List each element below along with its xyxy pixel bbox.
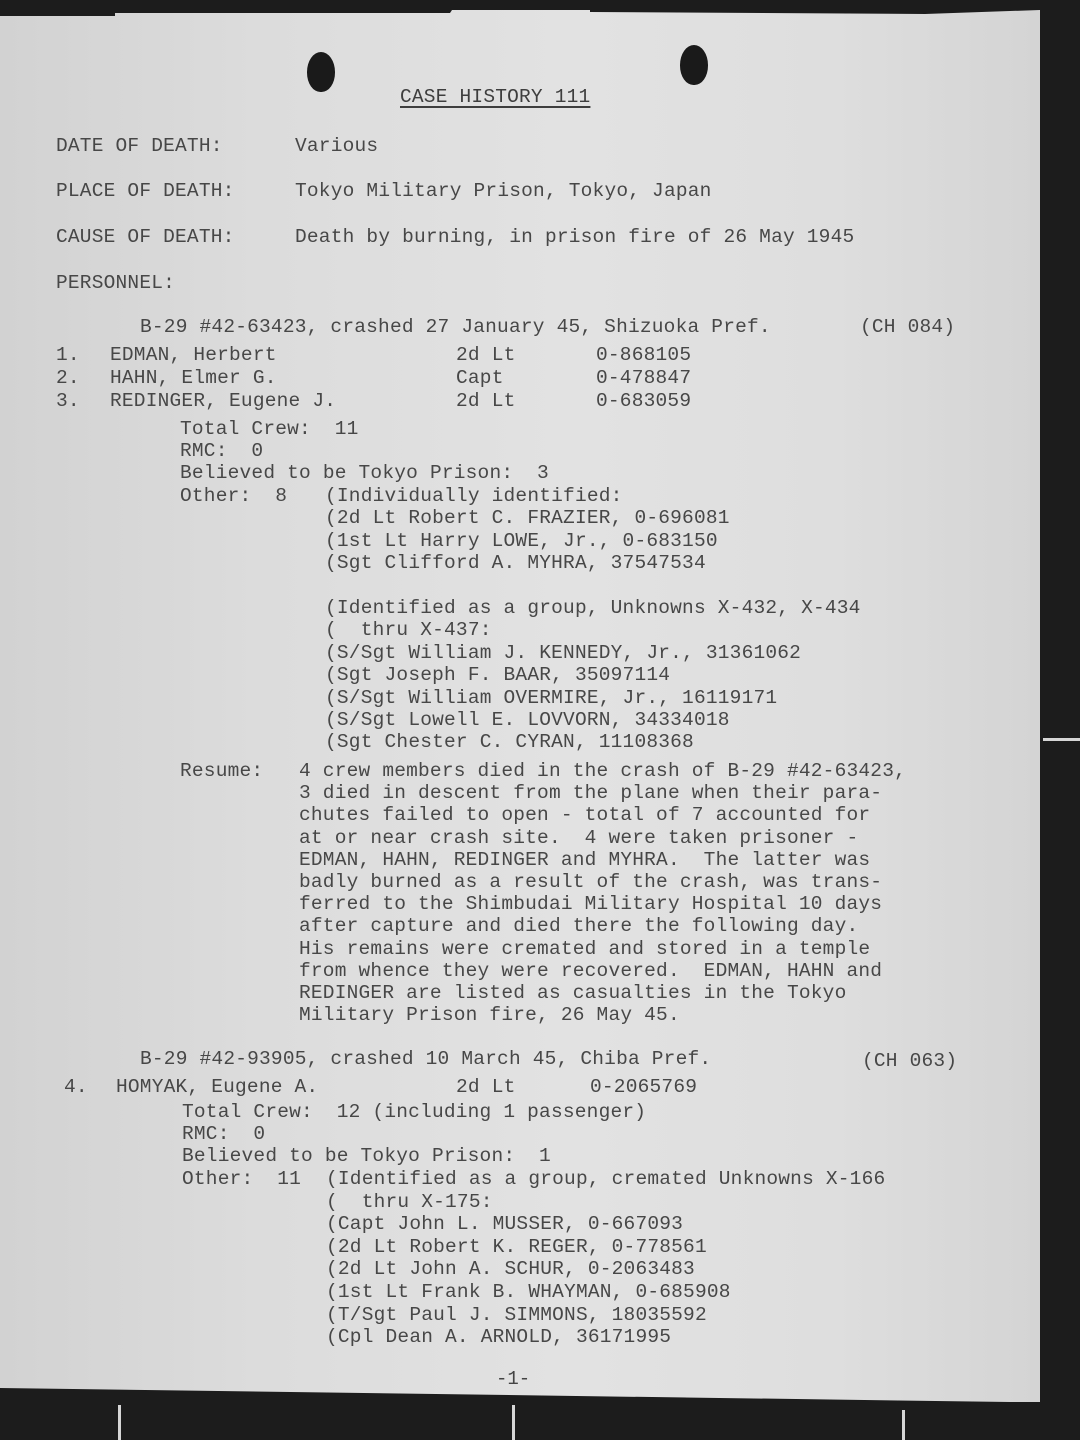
resume-label: Resume: <box>180 760 263 782</box>
rmc-count: RMC: 0 <box>182 1123 265 1145</box>
page-title: CASE HISTORY 111 <box>400 86 590 108</box>
resume-line: from whence they were recovered. EDMAN, … <box>299 960 882 982</box>
other-crew-line: ( thru X-175: <box>326 1191 493 1213</box>
resume-line: REDINGER are listed as casualties in the… <box>299 982 847 1004</box>
personnel-serial: 0-478847 <box>596 367 691 389</box>
background-divider <box>118 1405 121 1440</box>
aircraft-heading: B-29 #42-63423, crashed 27 January 45, S… <box>140 316 771 338</box>
believed-tokyo-prison: Believed to be Tokyo Prison: 1 <box>182 1145 551 1167</box>
other-crew-line: (S/Sgt William J. KENNEDY, Jr., 31361062 <box>325 642 801 664</box>
other-crew-line: (Identified as a group, cremated Unknown… <box>326 1168 885 1190</box>
other-crew-line: (Sgt Joseph F. BAAR, 35097114 <box>325 664 670 686</box>
place-of-death-label: PLACE OF DEATH: <box>56 180 235 202</box>
believed-tokyo-prison: Believed to be Tokyo Prison: 3 <box>180 462 549 484</box>
resume-line: at or near crash site. 4 were taken pris… <box>299 827 858 849</box>
personnel-name: HOMYAK, Eugene A. <box>116 1076 318 1098</box>
resume-line: chutes failed to open - total of 7 accou… <box>299 804 870 826</box>
other-crew-line: (1st Lt Frank B. WHAYMAN, 0-685908 <box>326 1281 731 1303</box>
cause-of-death-label: CAUSE OF DEATH: <box>56 226 235 248</box>
other-crew-line: (T/Sgt Paul J. SIMMONS, 18035592 <box>326 1304 707 1326</box>
case-reference: (CH 063) <box>862 1050 957 1072</box>
personnel-name: REDINGER, Eugene J. <box>110 390 336 412</box>
place-of-death-value: Tokyo Military Prison, Tokyo, Japan <box>295 180 712 202</box>
other-crew-line: (Identified as a group, Unknowns X-432, … <box>325 597 861 619</box>
background-divider <box>512 1405 515 1440</box>
punch-hole <box>307 52 335 92</box>
aircraft-heading: B-29 #42-93905, crashed 10 March 45, Chi… <box>140 1048 711 1070</box>
personnel-number: 3. <box>56 390 80 412</box>
other-crew-line: (Individually identified: <box>325 485 623 507</box>
resume-line: after capture and died there the followi… <box>299 915 858 937</box>
personnel-rank: 2d Lt <box>456 344 516 366</box>
resume-line: His remains were cremated and stored in … <box>299 938 870 960</box>
resume-line: 3 died in descent from the plane when th… <box>299 782 882 804</box>
background-divider <box>902 1410 905 1440</box>
other-crew-line: (1st Lt Harry LOWE, Jr., 0-683150 <box>325 530 718 552</box>
resume-line: ferred to the Shimbudai Military Hospita… <box>299 893 882 915</box>
personnel-name: EDMAN, Herbert <box>110 344 277 366</box>
rmc-count: RMC: 0 <box>180 440 263 462</box>
personnel-rank: 2d Lt <box>456 1076 516 1098</box>
case-reference: (CH 084) <box>860 316 955 338</box>
background-divider <box>1043 738 1080 741</box>
date-of-death-label: DATE OF DEATH: <box>56 135 223 157</box>
page-number: -1- <box>496 1368 530 1390</box>
personnel-number: 1. <box>56 344 80 366</box>
other-crew-line: (Capt John L. MUSSER, 0-667093 <box>326 1213 683 1235</box>
other-crew-line: (2d Lt Robert C. FRAZIER, 0-696081 <box>325 507 730 529</box>
personnel-name: HAHN, Elmer G. <box>110 367 277 389</box>
resume-line: EDMAN, HAHN, REDINGER and MYHRA. The lat… <box>299 849 870 871</box>
cause-of-death-value: Death by burning, in prison fire of 26 M… <box>295 226 854 248</box>
resume-line: Military Prison fire, 26 May 45. <box>299 1004 680 1026</box>
other-count: Other: 11 <box>182 1168 301 1190</box>
other-crew-line: (2d Lt John A. SCHUR, 0-2063483 <box>326 1258 695 1280</box>
other-crew-line: (S/Sgt William OVERMIRE, Jr., 16119171 <box>325 687 777 709</box>
personnel-serial: 0-2065769 <box>590 1076 697 1098</box>
personnel-serial: 0-683059 <box>596 390 691 412</box>
personnel-number: 2. <box>56 367 80 389</box>
date-of-death-value: Various <box>295 135 378 157</box>
personnel-rank: Capt <box>456 367 504 389</box>
personnel-serial: 0-868105 <box>596 344 691 366</box>
punch-hole <box>680 45 708 85</box>
resume-line: 4 crew members died in the crash of B-29… <box>299 760 906 782</box>
resume-line: badly burned as a result of the crash, w… <box>299 871 882 893</box>
other-crew-line: (2d Lt Robert K. REGER, 0-778561 <box>326 1236 707 1258</box>
other-count: Other: 8 <box>180 485 287 507</box>
other-crew-line: (Cpl Dean A. ARNOLD, 36171995 <box>326 1326 671 1348</box>
other-crew-line: (Sgt Clifford A. MYHRA, 37547534 <box>325 552 706 574</box>
total-crew: Total Crew: 12 (including 1 passenger) <box>182 1101 646 1123</box>
personnel-rank: 2d Lt <box>456 390 516 412</box>
total-crew: Total Crew: 11 <box>180 418 359 440</box>
personnel-label: PERSONNEL: <box>56 272 175 294</box>
other-crew-line: (Sgt Chester C. CYRAN, 11108368 <box>325 731 694 753</box>
other-crew-line: (S/Sgt Lowell E. LOVVORN, 34334018 <box>325 709 730 731</box>
other-crew-line: ( thru X-437: <box>325 619 492 641</box>
personnel-number: 4. <box>64 1076 88 1098</box>
